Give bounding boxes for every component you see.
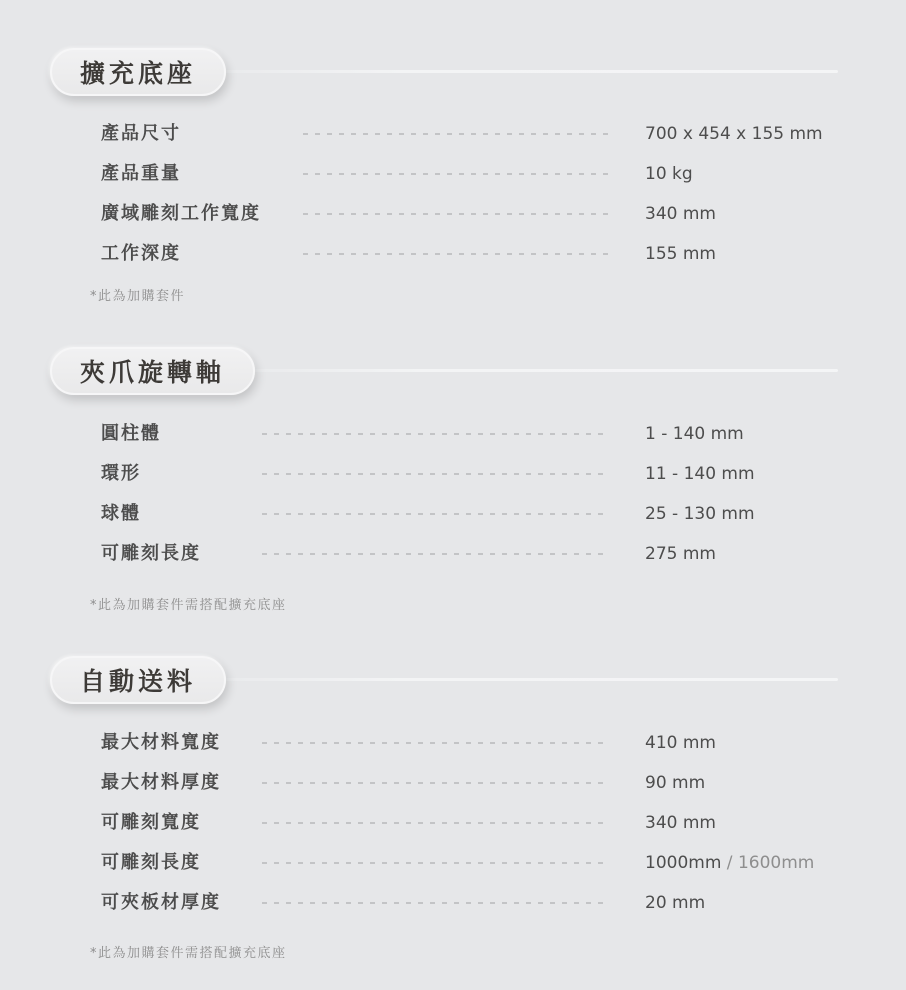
dotted-leader bbox=[262, 433, 608, 435]
spec-value: 275 mm bbox=[645, 542, 716, 566]
spec-row: 環形 11 - 140 mm bbox=[0, 462, 906, 486]
dotted-leader bbox=[262, 473, 608, 475]
section-header: 自動送料 bbox=[50, 655, 226, 705]
dotted-leader bbox=[262, 782, 608, 784]
spec-value-separator: / bbox=[721, 853, 738, 873]
spec-label: 產品重量 bbox=[101, 162, 181, 186]
header-divider-line bbox=[215, 70, 838, 73]
spec-row: 可雕刻長度 275 mm bbox=[0, 542, 906, 566]
spec-value: 340 mm bbox=[645, 202, 716, 226]
spec-value: 410 mm bbox=[645, 731, 716, 755]
spec-row: 產品重量 10 kg bbox=[0, 162, 906, 186]
dotted-leader bbox=[303, 213, 608, 215]
header-divider-line bbox=[215, 678, 838, 681]
spec-value: 90 mm bbox=[645, 771, 705, 795]
dotted-leader bbox=[262, 742, 608, 744]
dotted-leader bbox=[303, 133, 608, 135]
spec-row: 產品尺寸 700 x 454 x 155 mm bbox=[0, 122, 906, 146]
spec-label: 最大材料寬度 bbox=[101, 731, 221, 755]
spec-value: 1 - 140 mm bbox=[645, 422, 744, 446]
dotted-leader bbox=[262, 862, 608, 864]
spec-row: 可雕刻寬度 340 mm bbox=[0, 811, 906, 835]
spec-value: 155 mm bbox=[645, 242, 716, 266]
spec-value: 340 mm bbox=[645, 811, 716, 835]
dotted-leader bbox=[262, 902, 608, 904]
section-title-pill: 自動送料 bbox=[50, 656, 226, 704]
spec-row: 可雕刻長度 1000mm / 1600mm bbox=[0, 851, 906, 875]
spec-label: 產品尺寸 bbox=[101, 122, 181, 146]
dotted-leader bbox=[303, 173, 608, 175]
spec-value: 11 - 140 mm bbox=[645, 462, 755, 486]
spec-label: 廣域雕刻工作寬度 bbox=[101, 202, 261, 226]
spec-value: 10 kg bbox=[645, 162, 693, 186]
spec-value: 1000mm / 1600mm bbox=[645, 851, 814, 875]
spec-label: 可夾板材厚度 bbox=[101, 891, 221, 915]
spec-row: 廣域雕刻工作寬度 340 mm bbox=[0, 202, 906, 226]
section-title-pill: 夾爪旋轉軸 bbox=[50, 347, 255, 395]
spec-value: 700 x 454 x 155 mm bbox=[645, 122, 823, 146]
spec-label: 最大材料厚度 bbox=[101, 771, 221, 795]
spec-value-primary: 1000mm bbox=[645, 853, 721, 873]
section-header: 擴充底座 bbox=[50, 47, 226, 97]
spec-value: 20 mm bbox=[645, 891, 705, 915]
section-title-pill: 擴充底座 bbox=[50, 48, 226, 96]
spec-value: 25 - 130 mm bbox=[645, 502, 755, 526]
section-header: 夾爪旋轉軸 bbox=[50, 346, 255, 396]
spec-value-alt: 1600mm bbox=[738, 853, 814, 873]
spec-label: 可雕刻寬度 bbox=[101, 811, 201, 835]
dotted-leader bbox=[262, 822, 608, 824]
spec-row: 可夾板材厚度 20 mm bbox=[0, 891, 906, 915]
spec-label: 球體 bbox=[101, 502, 141, 526]
spec-label: 圓柱體 bbox=[101, 422, 161, 446]
dotted-leader bbox=[262, 553, 608, 555]
spec-row: 最大材料厚度 90 mm bbox=[0, 771, 906, 795]
spec-row: 工作深度 155 mm bbox=[0, 242, 906, 266]
section-title: 自動送料 bbox=[80, 662, 196, 698]
spec-row: 最大材料寬度 410 mm bbox=[0, 731, 906, 755]
section-note: *此為加購套件需搭配擴充底座 bbox=[90, 594, 287, 613]
section-note: *此為加購套件 bbox=[90, 285, 185, 304]
spec-label: 工作深度 bbox=[101, 242, 181, 266]
spec-label: 可雕刻長度 bbox=[101, 542, 201, 566]
section-title: 夾爪旋轉軸 bbox=[80, 353, 225, 389]
spec-row: 球體 25 - 130 mm bbox=[0, 502, 906, 526]
spec-row: 圓柱體 1 - 140 mm bbox=[0, 422, 906, 446]
dotted-leader bbox=[303, 253, 608, 255]
section-note: *此為加購套件需搭配擴充底座 bbox=[90, 942, 287, 961]
spec-label: 可雕刻長度 bbox=[101, 851, 201, 875]
dotted-leader bbox=[262, 513, 608, 515]
section-title: 擴充底座 bbox=[80, 54, 196, 90]
spec-label: 環形 bbox=[101, 462, 141, 486]
header-divider-line bbox=[242, 369, 838, 372]
